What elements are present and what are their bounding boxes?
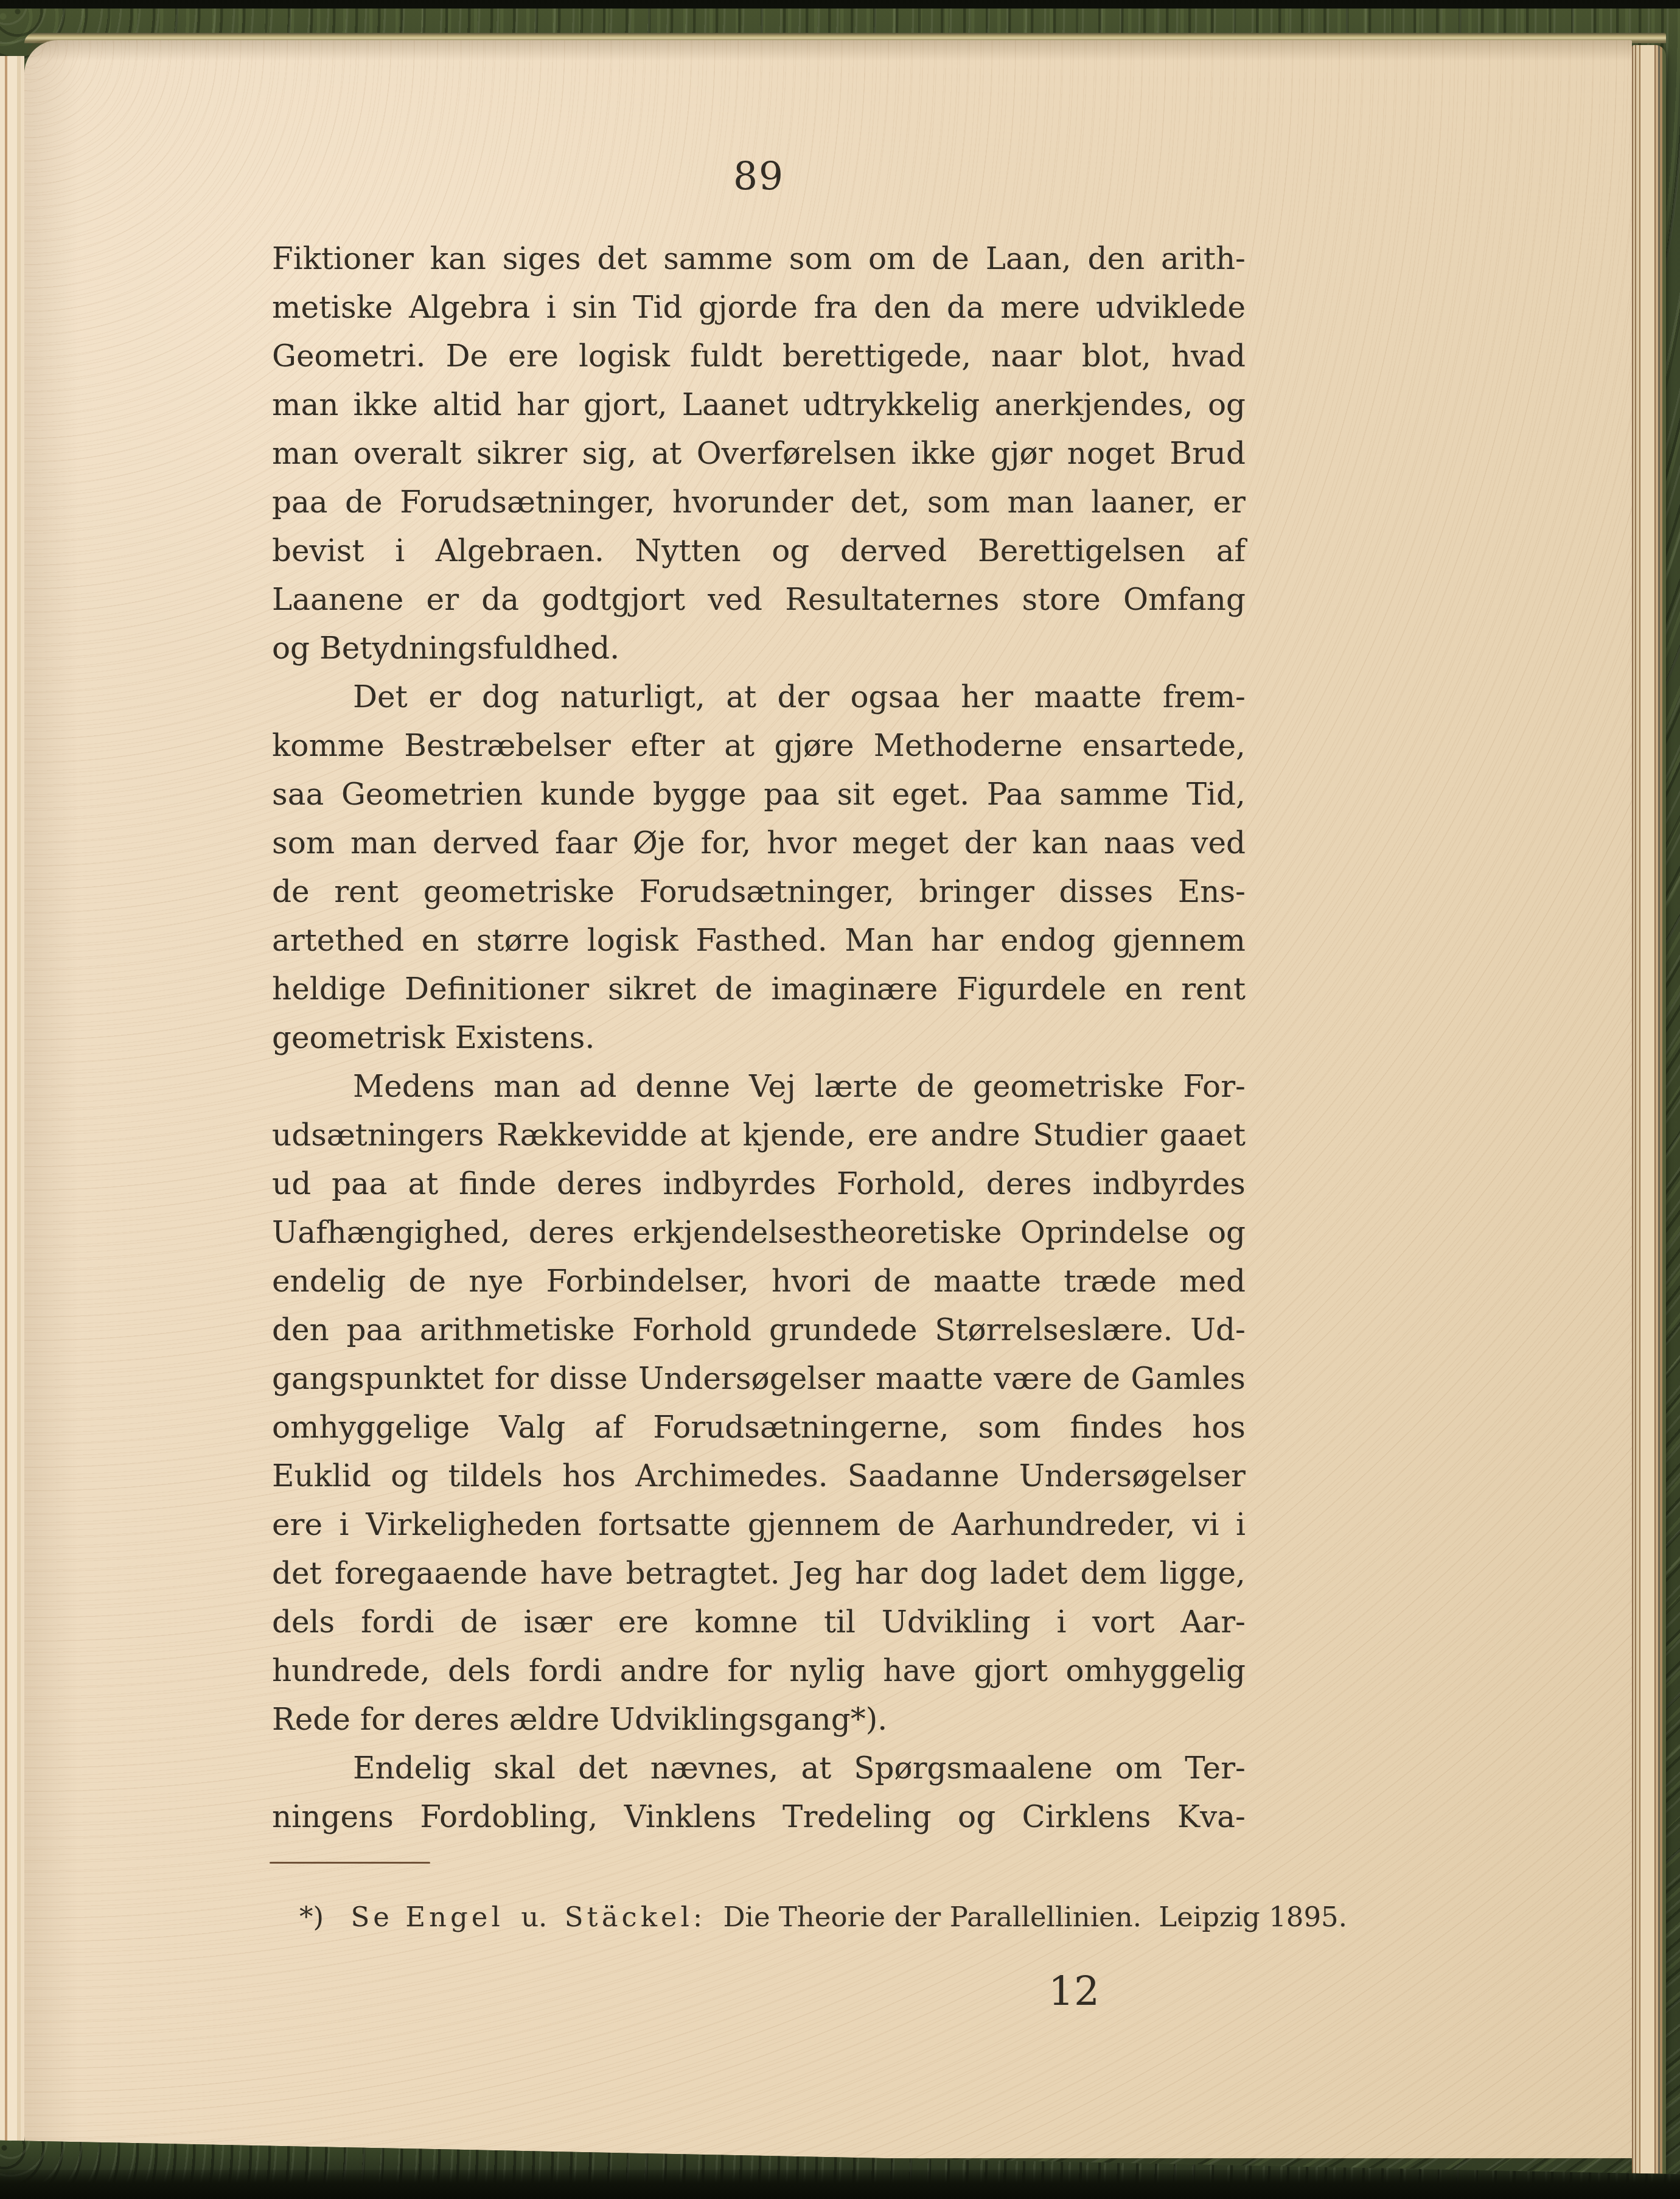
text-line: og Betydningsfuldhed. xyxy=(272,624,1246,673)
body-text: Fiktioner kan siges det samme som om de … xyxy=(272,234,1246,1841)
text-line: Euklid og tildels hos Archimedes. Saadan… xyxy=(272,1452,1246,1500)
text-line: det foregaaende have betragtet. Jeg har … xyxy=(272,1549,1246,1598)
footnote: *) Se Engel u. Stäckel: Die Theorie der … xyxy=(299,1899,1334,1935)
footnote-marker: *) xyxy=(299,1901,324,1933)
text-line: heldige Definitioner sikret de imaginære… xyxy=(272,965,1246,1013)
text-line: den paa arithmetiske Forhold grundede St… xyxy=(272,1306,1246,1354)
text-line: saa Geometrien kunde bygge paa sit eget.… xyxy=(272,770,1246,819)
text-line: dels fordi de især ere komne til Udvikli… xyxy=(272,1598,1246,1646)
footnote-author-2: Stäckel: xyxy=(565,1901,706,1933)
cover-top-shadow-strip xyxy=(0,0,1680,9)
text-line: som man derved faar Øje for, hvor meget … xyxy=(272,819,1246,867)
text-line: bevist i Algebraen. Nytten og derved Ber… xyxy=(272,526,1246,575)
footnote-place-year: Leipzig 1895. xyxy=(1159,1901,1347,1933)
text-line: metiske Algebra i sin Tid gjorde fra den… xyxy=(272,283,1246,332)
signature-mark: 12 xyxy=(1013,1967,1135,2016)
text-line: Laanene er da godtgjort ved Resultaterne… xyxy=(272,575,1246,624)
text-line: gangspunktet for disse Undersøgelser maa… xyxy=(272,1354,1246,1403)
footnote-separator-rule xyxy=(270,1862,430,1864)
footnote-conjunction: u. xyxy=(521,1901,547,1933)
text-line: endelig de nye Forbindelser, hvori de ma… xyxy=(272,1257,1246,1306)
text-line: Uafhængighed, deres erkjendelsestheoreti… xyxy=(272,1208,1246,1257)
cover-bottom-shadow-strip xyxy=(0,2170,1680,2199)
text-line: paa de Forudsætninger, hvorunder det, so… xyxy=(272,478,1246,526)
page-number: 89 xyxy=(272,153,1246,201)
text-line: de rent geometriske Forudsætninger, brin… xyxy=(272,867,1246,916)
scanned-book-page: 89 Fiktioner kan siges det samme som om … xyxy=(0,0,1680,2199)
page-text-layer: 89 Fiktioner kan siges det samme som om … xyxy=(0,0,1680,2199)
text-line: ud paa at finde deres indbyrdes Forhold,… xyxy=(272,1159,1246,1208)
footnote-reference: Die Theorie der Parallellinien. xyxy=(723,1901,1141,1933)
text-line: man overalt sikrer sig, at Overførelsen … xyxy=(272,429,1246,478)
text-line: geometrisk Existens. xyxy=(272,1013,1246,1062)
text-line: omhyggelige Valg af Forudsætningerne, so… xyxy=(272,1403,1246,1452)
footnote-author-1: Se Engel xyxy=(350,1901,503,1933)
text-line: Endelig skal det nævnes, at Spørgsmaalen… xyxy=(272,1744,1246,1792)
text-line: Rede for deres ældre Udviklingsgang*). xyxy=(272,1695,1246,1744)
text-line: Geometri. De ere logisk fuldt berettiged… xyxy=(272,332,1246,380)
text-line: ningens Fordobling, Vinklens Tredeling o… xyxy=(272,1792,1246,1841)
text-line: komme Bestræbelser efter at gjøre Method… xyxy=(272,721,1246,770)
text-line: ere i Virkeligheden fortsatte gjennem de… xyxy=(272,1500,1246,1549)
text-line: Medens man ad denne Vej lærte de geometr… xyxy=(272,1062,1246,1111)
text-line: hundrede, dels fordi andre for nylig hav… xyxy=(272,1646,1246,1695)
text-line: Det er dog naturligt, at der ogsaa her m… xyxy=(272,673,1246,721)
text-line: udsætningers Rækkevidde at kjende, ere a… xyxy=(272,1111,1246,1159)
text-line: man ikke altid har gjort, Laanet udtrykk… xyxy=(272,380,1246,429)
text-line: Fiktioner kan siges det samme som om de … xyxy=(272,234,1246,283)
text-line: artethed en større logisk Fasthed. Man h… xyxy=(272,916,1246,965)
